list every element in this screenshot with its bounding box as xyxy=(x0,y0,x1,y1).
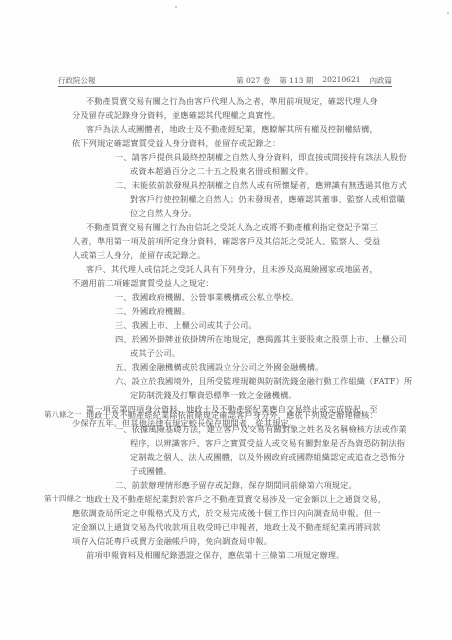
list-item: 二、外國政府機關。 xyxy=(115,306,190,316)
scan-speck xyxy=(447,12,449,14)
list-item: 對客戶行使控制權之自然人；仍未發現者，應確認其董事、監察人或相當職 xyxy=(130,194,405,204)
issue-info: 第 027 卷 第 113 期 20210621 內政篇 xyxy=(236,75,392,86)
list-item: 定防制洗錢及打擊資恐標準一致之金融機構。 xyxy=(130,390,297,400)
text-line: 應依調查局所定之申報格式及方式，於交易完成後十個工作日內向調查局申報。但一 xyxy=(72,508,381,518)
issue-number: 第 113 期 xyxy=(279,75,313,86)
text-line: 依下列規定確認實質受益人身分資料，並留存或記錄之： xyxy=(72,138,280,148)
section-name: 內政篇 xyxy=(370,75,393,86)
header-divider xyxy=(58,86,392,87)
list-item: 一、依據風險基礎方法，建立客戶及交易有關對象之姓名及名稱檢核方法或作業 xyxy=(115,424,407,434)
list-item: 程序，以辨識客戶、客戶之實質受益人或交易有關對象是否為資恐防制法指 xyxy=(130,438,405,448)
text-line: 前項申報資料及相關紀錄憑證之保存，應依第十三條第二項規定辦理。 xyxy=(86,550,344,560)
text-line: 客戶、其代理人或信託之受託人具有下列身分，且未涉及高風險國家或地區者， xyxy=(86,264,378,274)
text-line: 不動產買賣交易有關之行為由信託之受託人為之或將不動產權利指定登記予第三 xyxy=(86,222,378,232)
volume-number: 第 027 卷 xyxy=(236,75,270,86)
text-line: 項存入信託專戶或賣方金融帳戶時，免向調查局申報。 xyxy=(72,536,272,546)
publication-name: 行政院公報 xyxy=(58,75,96,86)
list-item: 定制裁之個人、法人或團體，以及外國政府或國際組織認定或追查之恐怖分 xyxy=(130,452,405,462)
document-page: 行政院公報 第 027 卷 第 113 期 20210621 內政篇 不動產買賣… xyxy=(0,0,452,640)
list-item: 一、請客戶提供具最終控制權之自然人身分資料，即直接或間接持有該法人股份 xyxy=(115,152,407,162)
text-line: 不適用前二項確認實質受益人之規定： xyxy=(72,278,214,288)
list-item: 一、我國政府機關、公營事業機構或公私立學校。 xyxy=(115,292,298,302)
list-item: 子或團體。 xyxy=(130,466,172,476)
text-line: 地政士及不動產經紀業對於客戶之不動產買賣交易涉及一定金額以上之通貨交易， xyxy=(86,494,386,504)
list-item: 二、前款辦理情形應予留存或記錄，保存期間同前條第六項規定。 xyxy=(115,480,357,490)
list-item: 位之自然人身分。 xyxy=(130,208,197,218)
publication-date: 20210621 xyxy=(322,75,360,86)
list-item: 二、未能依前款發現具控制權之自然人或有所懷疑者，應辨識有無透過其他方式 xyxy=(115,180,407,190)
text-line: 人或第三人身分，並留存或記錄之。 xyxy=(72,250,205,260)
list-item: 六、設立於我國境外，且所受監理規範與防制洗錢金融行動工作組織（FATF）所 xyxy=(115,376,412,386)
text-line: 地政士及不動產經紀業除依前條規定確認客戶身分外，應依下列規定辦理檢核： xyxy=(86,410,378,420)
text-line: 定金額以上通貨交易為代收款項且收受時已申報者，地政士及不動產經紀業再將同款 xyxy=(72,522,381,532)
list-item: 三、我國上市、上櫃公司或其子公司。 xyxy=(115,320,257,330)
scan-speck xyxy=(175,6,177,8)
list-item: 或資本超過百分之二十五之股東名冊或相關文件。 xyxy=(130,166,313,176)
list-item: 四、於國外掛牌並依掛牌所在地規定，應揭露其主要股東之股票上市、上櫃公司 xyxy=(115,334,407,344)
text-line: 分及留存或記錄身分資料，並應確認其代理權之真實性。 xyxy=(72,110,280,120)
list-item: 五、我國金融機構或於我國設立分公司之外國金融機構。 xyxy=(115,362,323,372)
article-label: 第十四條之一 xyxy=(44,494,89,504)
article-label: 第八條之一 xyxy=(44,410,82,420)
text-line: 不動產買賣交易有關之行為由客戶代理人為之者，準用前項規定，確認代理人身 xyxy=(86,96,378,106)
text-line: 人者，準用第一項及前項所定身分資料，確認客戶及其信託之受託人、監察人、受益 xyxy=(72,236,381,246)
list-item: 或其子公司。 xyxy=(130,348,180,358)
text-line: 客戶為法人或團體者，地政士及不動產經紀業，應瞭解其所有權及控制權結構， xyxy=(86,124,378,134)
